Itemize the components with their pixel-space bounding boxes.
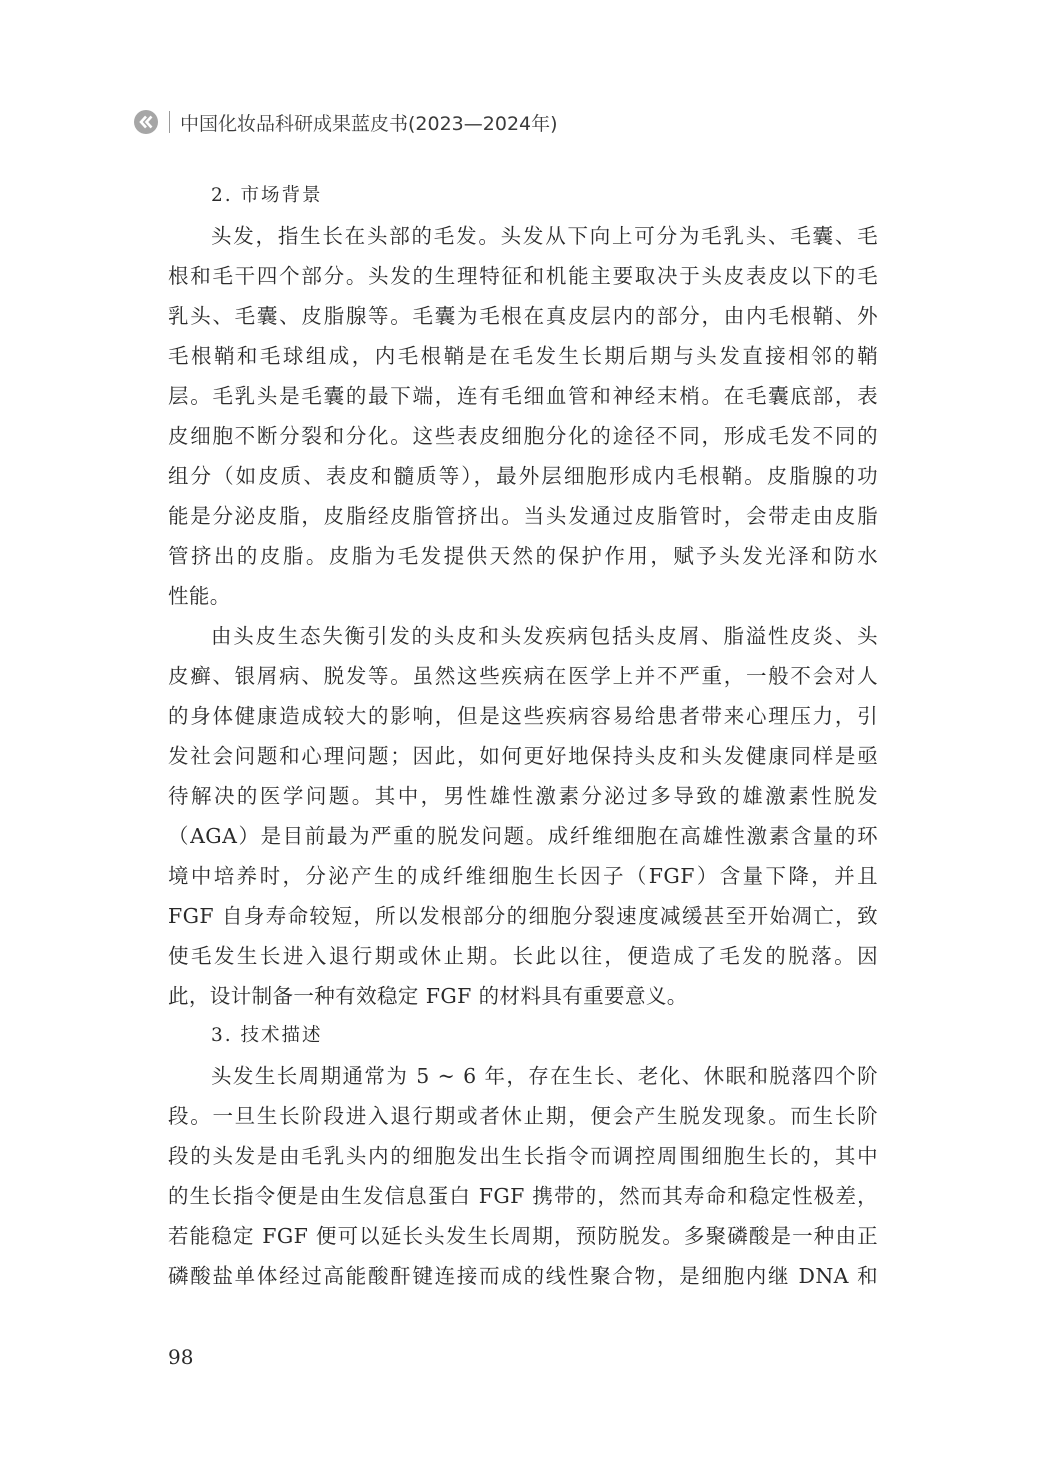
- page-body: 2. 市场背景 头发，指生长在头部的毛发。头发从下向上可分为毛乳头、毛囊、毛 根…: [168, 176, 878, 1296]
- text-line: 磷酸盐单体经过高能酸酐键连接而成的线性聚合物，是细胞内继 DNA 和: [168, 1256, 878, 1296]
- text-line: 皮癣、银屑病、脱发等。虽然这些疾病在医学上并不严重，一般不会对人: [168, 656, 878, 696]
- text-line: 待解决的医学问题。其中，男性雄性激素分泌过多导致的雄激素性脱发: [168, 776, 878, 816]
- text-line: 乳头、毛囊、皮脂腺等。毛囊为毛根在真皮层内的部分，由内毛根鞘、外: [168, 296, 878, 336]
- text-line: 境中培养时，分泌产生的成纤维细胞生长因子（FGF）含量下降，并且: [168, 856, 878, 896]
- paragraph-scalp-diseases: 由头皮生态失衡引发的头皮和头发疾病包括头皮屑、脂溢性皮炎、头 皮癣、银屑病、脱发…: [168, 616, 878, 1016]
- text-line: FGF 自身寿命较短，所以发根部分的细胞分裂速度减缓甚至开始凋亡，致: [168, 896, 878, 936]
- text-line: 头发生长周期通常为 5 ~ 6 年，存在生长、老化、休眠和脱落四个阶: [168, 1056, 878, 1096]
- text-line: 头发，指生长在头部的毛发。头发从下向上可分为毛乳头、毛囊、毛: [168, 216, 878, 256]
- text-line: 组分（如皮质、表皮和髓质等），最外层细胞形成内毛根鞘。皮脂腺的功: [168, 456, 878, 496]
- section-heading-market-background: 2. 市场背景: [168, 176, 878, 216]
- text-line: 的身体健康造成较大的影响，但是这些疾病容易给患者带来心理压力，引: [168, 696, 878, 736]
- text-line: （AGA）是目前最为严重的脱发问题。成纤维细胞在高雄性激素含量的环: [168, 816, 878, 856]
- header-divider: [169, 111, 170, 133]
- double-chevron-left-icon: [134, 110, 158, 134]
- section-heading-technical-description: 3. 技术描述: [168, 1016, 878, 1056]
- paragraph-hair-structure: 头发，指生长在头部的毛发。头发从下向上可分为毛乳头、毛囊、毛 根和毛干四个部分。…: [168, 216, 878, 616]
- text-line: 使毛发生长进入退行期或休止期。长此以往，便造成了毛发的脱落。因: [168, 936, 878, 976]
- text-line: 段的头发是由毛乳头内的细胞发出生长指令而调控周围细胞生长的，其中: [168, 1136, 878, 1176]
- text-line: 段。一旦生长阶段进入退行期或者休止期，便会产生脱发现象。而生长阶: [168, 1096, 878, 1136]
- running-header: 中国化妆品科研成果蓝皮书(2023—2024年): [134, 106, 558, 138]
- text-line: 性能。: [168, 576, 878, 616]
- text-line: 发社会问题和心理问题；因此，如何更好地保持头皮和头发健康同样是亟: [168, 736, 878, 776]
- page-number: 98: [168, 1345, 193, 1369]
- text-line: 毛根鞘和毛球组成，内毛根鞘是在毛发生长期后期与头发直接相邻的鞘: [168, 336, 878, 376]
- text-line: 层。毛乳头是毛囊的最下端，连有毛细血管和神经末梢。在毛囊底部，表: [168, 376, 878, 416]
- text-line: 的生长指令便是由生发信息蛋白 FGF 携带的，然而其寿命和稳定性极差，: [168, 1176, 878, 1216]
- text-line: 管挤出的皮脂。皮脂为毛发提供天然的保护作用，赋予头发光泽和防水: [168, 536, 878, 576]
- text-line: 能是分泌皮脂，皮脂经皮脂管挤出。当头发通过皮脂管时，会带走由皮脂: [168, 496, 878, 536]
- text-line: 根和毛干四个部分。头发的生理特征和机能主要取决于头皮表皮以下的毛: [168, 256, 878, 296]
- text-line: 由头皮生态失衡引发的头皮和头发疾病包括头皮屑、脂溢性皮炎、头: [168, 616, 878, 656]
- paragraph-hair-growth-cycle: 头发生长周期通常为 5 ~ 6 年，存在生长、老化、休眠和脱落四个阶 段。一旦生…: [168, 1056, 878, 1296]
- book-title: 中国化妆品科研成果蓝皮书(2023—2024年): [180, 109, 558, 136]
- text-line: 若能稳定 FGF 便可以延长头发生长周期，预防脱发。多聚磷酸是一种由正: [168, 1216, 878, 1256]
- text-line: 皮细胞不断分裂和分化。这些表皮细胞分化的途径不同，形成毛发不同的: [168, 416, 878, 456]
- text-line: 此，设计制备一种有效稳定 FGF 的材料具有重要意义。: [168, 976, 878, 1016]
